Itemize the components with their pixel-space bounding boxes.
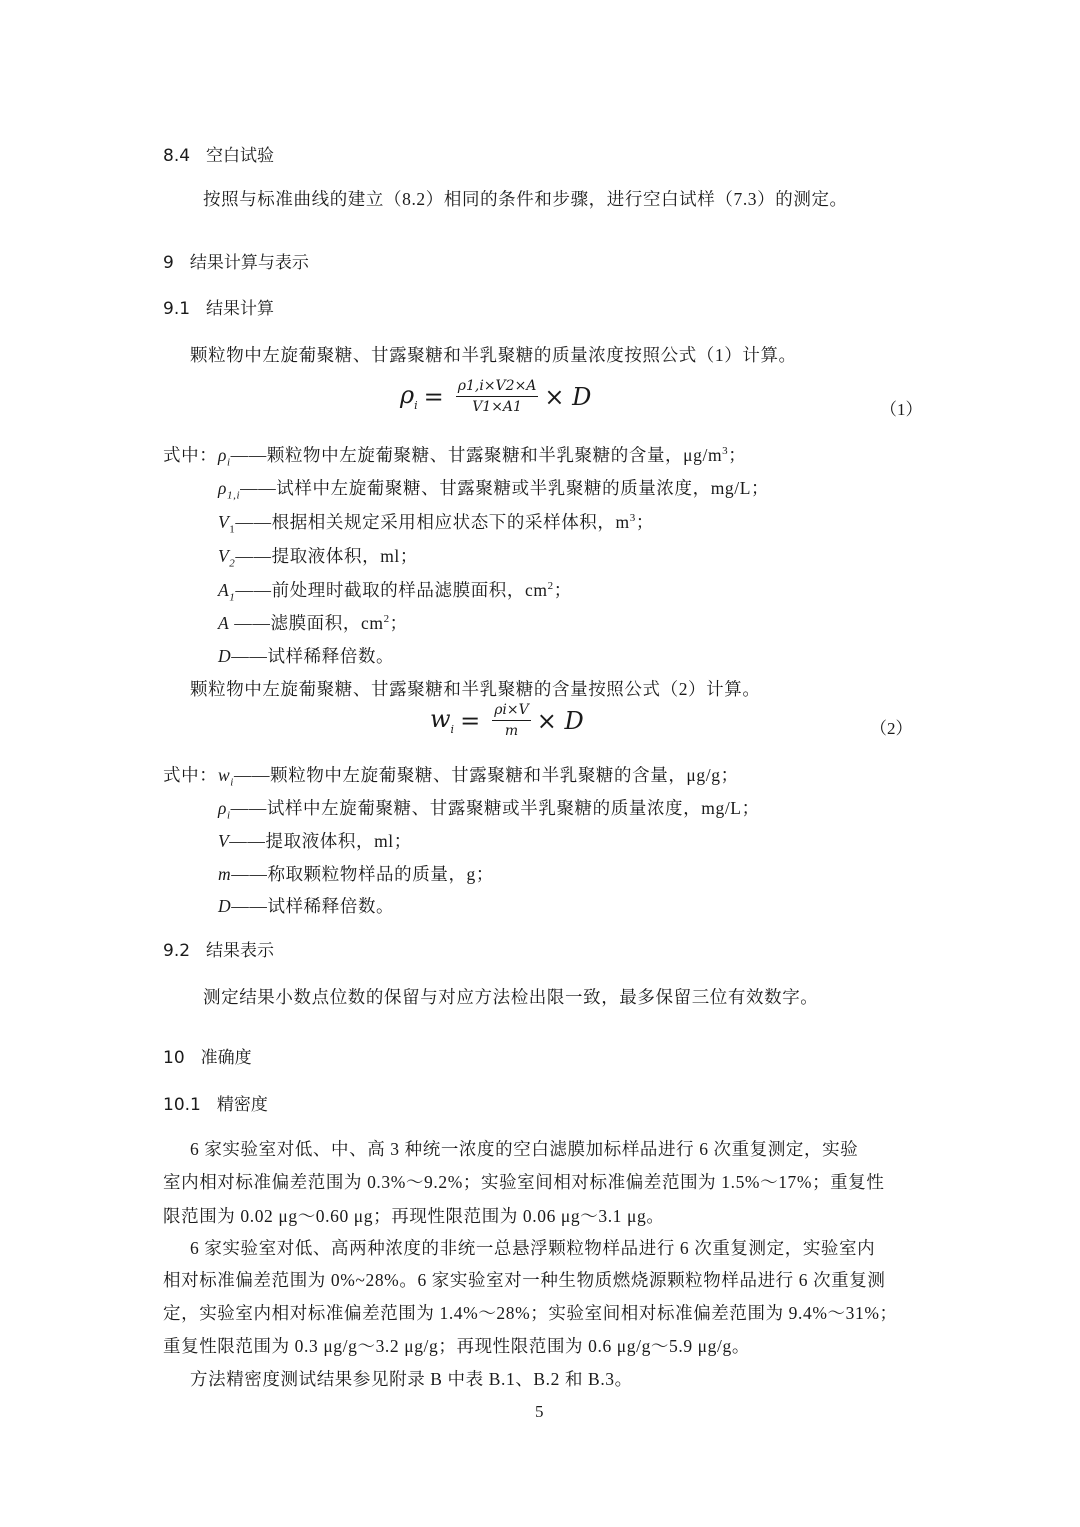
paragraph-result-expression: 测定结果小数点位数的保留与对应方法检出限一致，最多保留三位有效数字。 — [203, 984, 818, 1009]
where2-item-wi: wi——颗粒物中左旋葡聚糖、甘露聚糖和半乳聚糖的含量，μg/g； — [218, 762, 739, 789]
precision-paragraph-2-line-1: 6 家实验室对低、高两种浓度的非统一总悬浮颗粒物样品进行 6 次重复测定，实验室… — [190, 1235, 875, 1260]
precision-paragraph-2-line-4: 重复性限范围为 0.3 μg/g～3.2 μg/g；再现性限范围为 0.6 μg… — [163, 1333, 750, 1358]
precision-paragraph-1-line-2: 室内相对标准偏差范围为 0.3%～9.2%；实验室间相对标准偏差范围为 1.5%… — [163, 1169, 884, 1194]
section-number: 8.4 — [163, 146, 190, 166]
equation-number-2: （2） — [870, 714, 913, 739]
section-number: 9 — [163, 253, 174, 273]
where1-item-v2: V2——提取液体积，ml； — [218, 543, 418, 570]
section-title: 空白试验 — [206, 146, 274, 166]
where2-item-v: V——提取液体积，ml； — [218, 828, 412, 853]
formula-fraction: ρi×V m — [492, 702, 531, 739]
paragraph-formula1-intro: 颗粒物中左旋葡聚糖、甘露聚糖和半乳聚糖的质量浓度按照公式（1）计算。 — [190, 342, 797, 367]
where1-item-rho-i: ρi——颗粒物中左旋葡聚糖、甘露聚糖和半乳聚糖的含量，μg/m3； — [218, 442, 746, 469]
precision-paragraph-2-line-2: 相对标准偏差范围为 0%~28%。6 家实验室对一种生物质燃烧源颗粒物样品进行 … — [163, 1267, 885, 1292]
formula-numerator: ρi×V — [492, 702, 531, 721]
section-number: 9.1 — [163, 299, 190, 319]
formula-1: ρi = ρ1,i×V2×A V1×A1 × D — [400, 378, 591, 415]
precision-paragraph-1-line-3: 限范围为 0.02 μg～0.60 μg；再现性限范围为 0.06 μg～3.1… — [163, 1203, 664, 1228]
heading-9-2: 9.2结果表示 — [163, 936, 274, 961]
formula-2: wi = ρi×V m × D — [430, 702, 584, 739]
where2-item-m: m——称取颗粒物样品的质量，g； — [218, 861, 494, 886]
page-number: 5 — [535, 1402, 544, 1422]
formula-numerator: ρ1,i×V2×A — [456, 378, 539, 397]
heading-9: 9结果计算与表示 — [163, 248, 309, 273]
precision-paragraph-2-line-3: 定，实验室内相对标准偏差范围为 1.4%～28%；实验室间相对标准偏差范围为 9… — [163, 1300, 898, 1325]
heading-9-1: 9.1结果计算 — [163, 294, 274, 319]
formula-denominator: m — [505, 721, 518, 739]
section-number: 10 — [163, 1048, 185, 1068]
paragraph-blank-test: 按照与标准曲线的建立（8.2）相同的条件和步骤，进行空白试样（7.3）的测定。 — [203, 186, 848, 211]
where2-item-d: D——试样稀释倍数。 — [218, 893, 394, 918]
where1-item-a1: A1——前处理时截取的样品滤膜面积，cm2； — [218, 577, 572, 604]
where1-item-rho-1i: ρ1,i——试样中左旋葡聚糖、甘露聚糖或半乳聚糖的质量浓度，mg/L； — [218, 475, 769, 502]
where-lead-2: 式中： — [163, 762, 217, 787]
formula-denominator: V1×A1 — [472, 397, 522, 415]
section-title: 结果计算与表示 — [190, 253, 309, 273]
where1-item-v1: V1——根据相关规定采用相应状态下的采样体积，m3； — [218, 509, 654, 536]
section-title: 准确度 — [201, 1048, 252, 1068]
section-title: 结果计算 — [206, 299, 274, 319]
section-number: 10.1 — [163, 1095, 201, 1115]
where-lead-1: 式中： — [163, 442, 217, 467]
precision-paragraph-3: 方法精密度测试结果参见附录 B 中表 B.1、B.2 和 B.3。 — [190, 1366, 633, 1391]
where1-item-d: D——试样稀释倍数。 — [218, 643, 394, 668]
heading-10-1: 10.1精密度 — [163, 1090, 268, 1115]
formula-times-d: × D — [537, 707, 584, 735]
section-title: 结果表示 — [206, 941, 274, 961]
formula-fraction: ρ1,i×V2×A V1×A1 — [456, 378, 539, 415]
formula-lhs: ρi — [400, 381, 418, 412]
heading-10: 10准确度 — [163, 1043, 252, 1068]
section-title: 精密度 — [217, 1095, 268, 1115]
where1-item-a: A ——滤膜面积，cm2； — [218, 610, 408, 635]
formula-times-d: × D — [544, 383, 591, 411]
where2-item-rho-i: ρi——试样中左旋葡聚糖、甘露聚糖或半乳聚糖的质量浓度，mg/L； — [218, 795, 760, 822]
section-number: 9.2 — [163, 941, 190, 961]
heading-8-4: 8.4空白试验 — [163, 141, 274, 166]
formula-lhs: wi — [430, 705, 454, 736]
paragraph-formula2-intro: 颗粒物中左旋葡聚糖、甘露聚糖和半乳聚糖的含量按照公式（2）计算。 — [190, 676, 760, 701]
equation-number-1: （1） — [880, 395, 923, 420]
precision-paragraph-1-line-1: 6 家实验室对低、中、高 3 种统一浓度的空白滤膜加标样品进行 6 次重复测定，… — [190, 1136, 858, 1161]
